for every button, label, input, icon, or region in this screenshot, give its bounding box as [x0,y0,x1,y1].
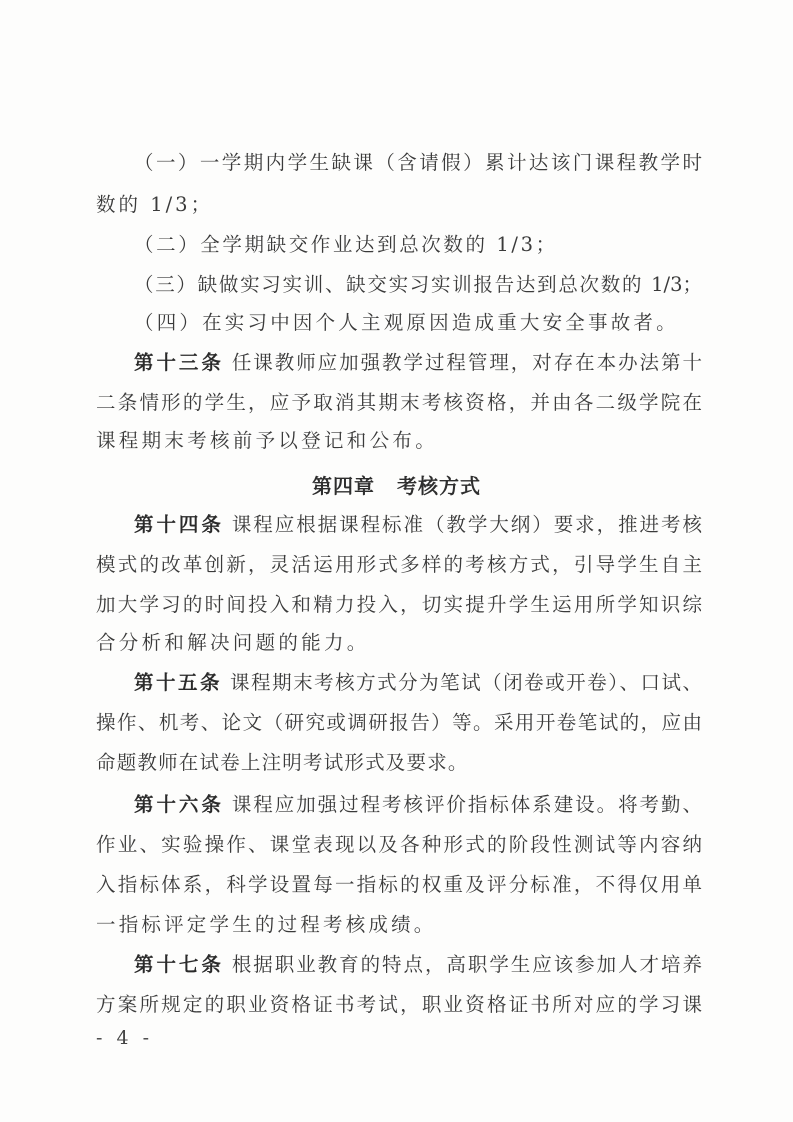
document-page: （一）一学期内学生缺课（含请假）累计达该门课程教学时 数的 1/3； （二）全学… [0,0,793,1122]
article-17-label: 第十七条 [134,953,224,976]
article-16-label: 第十六条 [134,793,224,816]
article-14-line-1: 第十四条课程应根据课程标准（教学大纲）要求，推进考核 [134,512,702,538]
article-14-line-2: 模式的改革创新，灵活运用形式多样的考核方式，引导学生自主 [96,552,702,578]
article-15-line-2: 操作、机考、论文（研究或调研报告）等。采用开卷笔试的，应由 [96,710,702,736]
article-16-line-1: 第十六条课程应加强过程考核评价指标体系建设。将考勤、 [134,792,702,818]
article-14-label: 第十四条 [134,513,224,536]
article-14-line-3: 加大学习的时间投入和精力投入，切实提升学生运用所学知识综 [96,592,702,618]
list-item-1-line-2: 数的 1/3； [96,192,702,218]
article-13-line-2: 二条情形的学生，应予取消其期末考核资格，并由各二级学院在 [96,390,702,416]
chapter-title: 考核方式 [397,474,481,498]
article-16-line-3: 入指标体系，科学设置每一指标的权重及评分标准，不得仅用单 [96,872,702,898]
article-15-line-1: 第十五条课程期末考核方式分为笔试（闭卷或开卷）、口试、 [134,670,702,696]
article-13-line-1: 第十三条任课教师应加强教学过程管理，对存在本办法第十 [134,350,702,376]
list-item-2: （二）全学期缺交作业达到总次数的 1/3； [134,232,702,258]
article-16-line-4: 一指标评定学生的过程考核成绩。 [96,912,702,938]
page-number: - 4 - [96,1027,153,1049]
article-15-line-3: 命题教师在试卷上注明考试形式及要求。 [96,750,702,776]
article-15-label: 第十五条 [134,671,222,694]
article-14-line-4: 合分析和解决问题的能力。 [96,630,702,656]
chapter-number: 第四章 [312,474,375,498]
article-16-line-2: 作业、实验操作、课堂表现以及各种形式的阶段性测试等内容纳 [96,832,702,858]
article-17-line-2: 方案所规定的职业资格证书考试，职业资格证书所对应的学习课 [96,992,702,1018]
article-13-label: 第十三条 [134,351,224,374]
article-13-line-3: 课程期末考核前予以登记和公布。 [96,428,702,454]
list-item-1-line-1: （一）一学期内学生缺课（含请假）累计达该门课程教学时 [134,150,702,176]
list-item-3: （三）缺做实习实训、缺交实习实训报告达到总次数的 1/3； [134,272,702,298]
list-item-4: （四）在实习中因个人主观原因造成重大安全事故者。 [134,310,702,336]
article-17-line-1: 第十七条根据职业教育的特点，高职学生应该参加人才培养 [134,952,702,978]
chapter-heading: 第四章考核方式 [0,470,793,499]
